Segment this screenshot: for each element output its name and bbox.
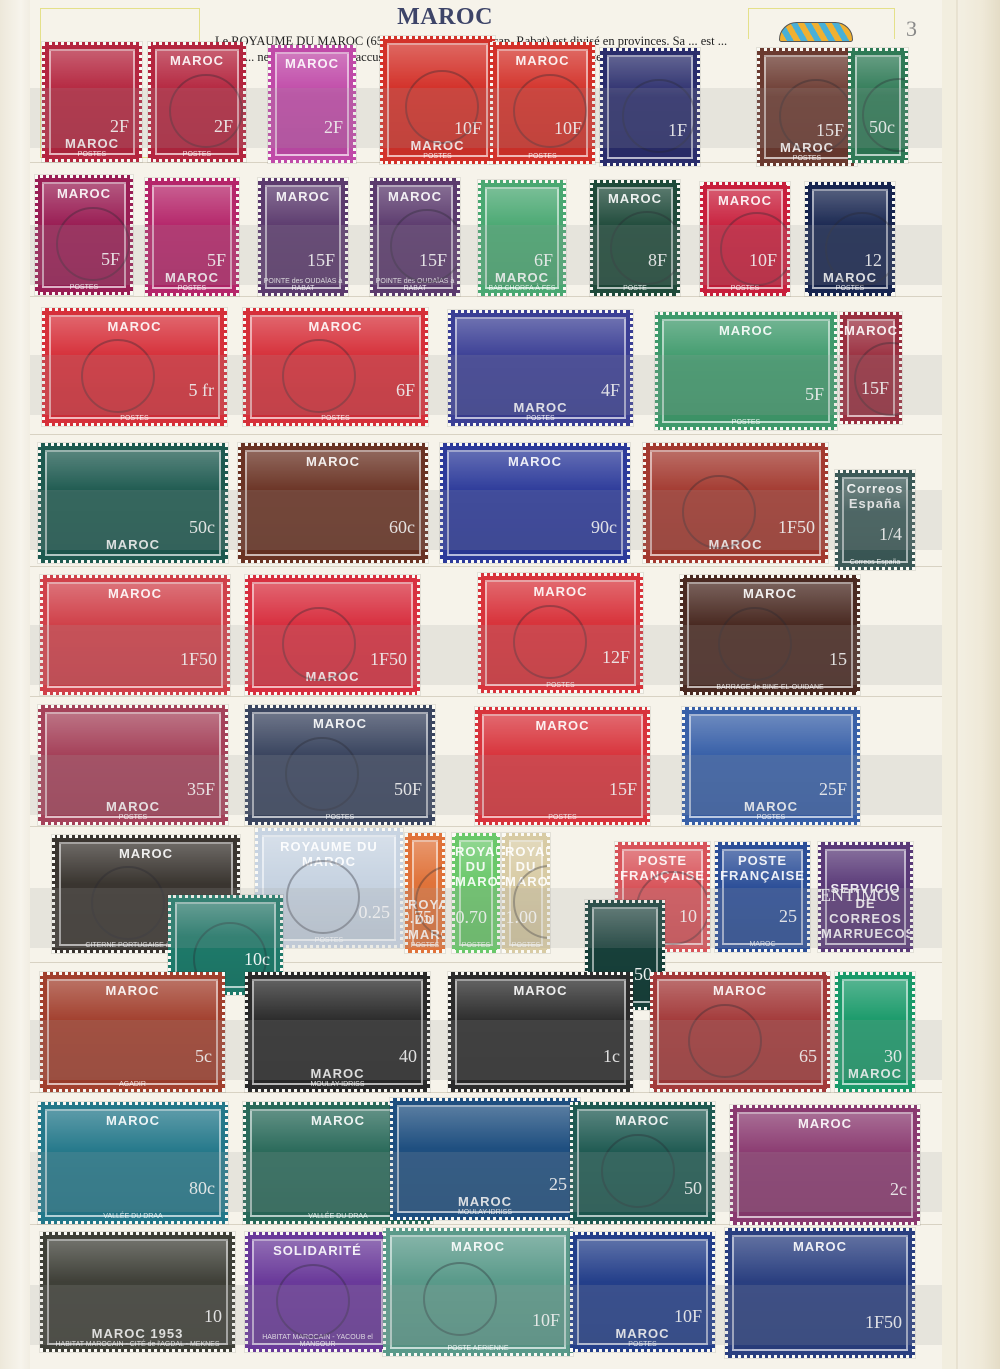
stamp: MAROC10FPOSTES bbox=[700, 182, 790, 296]
postmark-cancel-icon bbox=[688, 1004, 762, 1078]
stamp: MAROC5 frPOSTES bbox=[42, 308, 227, 426]
stamp-country: MAROC bbox=[261, 189, 345, 204]
stamp: MAROC50 bbox=[570, 1102, 715, 1224]
stamp-country: MAROC bbox=[843, 323, 899, 338]
stamp: MAROC10FPOSTES bbox=[490, 42, 595, 164]
postmark-cancel-icon bbox=[601, 1134, 675, 1208]
stamp-denomination: 30 bbox=[884, 1046, 902, 1067]
stamp: MAROC2FPOSTES bbox=[148, 42, 246, 162]
stamp-caption: BAB CHORFA À FES bbox=[481, 285, 563, 292]
stamp-country: MAROC bbox=[386, 1239, 570, 1254]
postmark-cancel-icon bbox=[285, 737, 359, 811]
stamp: MAROC6FPOSTES bbox=[243, 308, 428, 426]
stamp: SERVICIO DE CORREOS MARRUECOS5 CENTIMOS … bbox=[818, 842, 913, 952]
stamp-caption: POSTES bbox=[493, 153, 592, 160]
postmark-cancel-icon bbox=[390, 209, 460, 283]
stamp-denomination: 35F bbox=[187, 779, 215, 800]
stamp: MAROC12POSTES bbox=[805, 182, 895, 296]
stamp: MAROC2F bbox=[268, 45, 356, 163]
stamp-denomination: 5F bbox=[805, 384, 824, 405]
stamp-country: MAROC bbox=[838, 1066, 912, 1081]
stamp-denomination: 25 bbox=[779, 906, 797, 927]
stamp-denomination: 15F bbox=[609, 779, 637, 800]
stamp: SOLIDARITÉHABITAT MAROCAIN - YACOUB el M… bbox=[245, 1232, 390, 1352]
stamp-denomination: 5 fr bbox=[189, 380, 215, 401]
stamp-caption: POSTES bbox=[703, 285, 787, 292]
stamp: MAROC1c bbox=[448, 972, 633, 1092]
stamp-caption: MOULAY-IDRISS bbox=[393, 1209, 577, 1216]
stamp-caption: POSTES bbox=[451, 415, 630, 422]
stamp-country: Correos España bbox=[838, 481, 912, 511]
stamp: MAROC25MOULAY-IDRISS bbox=[390, 1098, 580, 1220]
stamp-denomination: 5F bbox=[207, 250, 226, 271]
stamp-country: MAROC bbox=[658, 323, 834, 338]
postmark-cancel-icon bbox=[56, 207, 130, 281]
stamp: MAROC65 bbox=[650, 972, 830, 1092]
stamp-denomination: 15 bbox=[829, 649, 847, 670]
stamp-caption: BARRAGE de BINE-EL-OUIDANE bbox=[683, 684, 857, 691]
stamp: MAROC12FPOSTES bbox=[478, 573, 643, 693]
album-page-edge bbox=[942, 0, 1000, 1369]
stamp: Correos España1/4Correos España bbox=[835, 470, 915, 570]
stamp-country: MAROC bbox=[248, 1066, 427, 1081]
stamp-caption: POSTES bbox=[148, 285, 236, 292]
stamp-country: MAROC bbox=[573, 1326, 712, 1341]
stamp: MAROC2c bbox=[730, 1105, 920, 1225]
postmark-cancel-icon bbox=[423, 1262, 497, 1336]
stamp-caption: POSTES bbox=[151, 151, 243, 158]
stamp: MAROC10FPOSTES bbox=[380, 36, 495, 164]
stamp-country: MAROC bbox=[41, 1113, 225, 1128]
stamp-country: MAROC bbox=[683, 586, 857, 601]
postmark-cancel-icon bbox=[405, 70, 479, 144]
stamp-denomination: 10 bbox=[204, 1306, 222, 1327]
stamp-caption: HABITAT MAROCAIN - CITÉ de l'AGDAL - MEK… bbox=[43, 1341, 232, 1348]
stamp-country: MAROC bbox=[148, 270, 236, 285]
stamp-country: MAROC bbox=[45, 136, 139, 151]
stamp: ROYAUME DU MAROC0.75POSTES bbox=[405, 833, 445, 953]
stamp: MAROC15BARRAGE de BINE-EL-OUIDANE bbox=[680, 575, 860, 695]
stamp: MAROC1F50 bbox=[245, 575, 420, 695]
stamp: MAROC15FPOINTE des OUDAÏAS à RABAT bbox=[258, 178, 348, 296]
postmark-cancel-icon bbox=[513, 605, 587, 679]
stamp-denomination: 1F50 bbox=[778, 517, 815, 538]
stamp-country: MAROC bbox=[248, 716, 432, 731]
album-binding bbox=[0, 0, 30, 1369]
stamp-denomination: 5 CENTIMOS 5 bbox=[818, 864, 900, 927]
postmark-cancel-icon bbox=[276, 1264, 350, 1338]
stamp-caption: MOULAY-IDRISS bbox=[248, 1081, 427, 1088]
stamp-country: MAROC bbox=[246, 319, 425, 334]
postmark-cancel-icon bbox=[610, 211, 680, 285]
stamp-denomination: 5c bbox=[195, 1046, 212, 1067]
stamp-country: MAROC bbox=[451, 983, 630, 998]
stamp-denomination: 90c bbox=[591, 517, 617, 538]
page-number: 3 bbox=[906, 16, 917, 42]
stamp-caption: POSTES bbox=[808, 285, 892, 292]
stamp-caption: POSTES bbox=[481, 682, 640, 689]
stamp-country: MAROC bbox=[41, 537, 225, 552]
stamp-caption: POSTE bbox=[593, 285, 677, 292]
stamp-country: MAROC bbox=[443, 454, 627, 469]
stamp-caption: MAROC bbox=[718, 941, 807, 948]
stamp: MAROC1F50 bbox=[643, 443, 828, 563]
stamp-denomination: 0.25 bbox=[359, 902, 391, 923]
stamp-country: MAROC bbox=[593, 191, 677, 206]
stamp: 1F bbox=[600, 48, 700, 166]
stamp-denomination: 1F50 bbox=[370, 649, 407, 670]
postmark-cancel-icon bbox=[622, 79, 696, 153]
stamp-caption: POSTES bbox=[685, 814, 857, 821]
stamp-caption: POSTES bbox=[383, 153, 492, 160]
stamp-caption: POSTES bbox=[760, 155, 854, 162]
stamp-country: MAROC bbox=[478, 718, 647, 733]
stamp-country: MAROC bbox=[373, 189, 457, 204]
stamp-caption: POSTES bbox=[38, 284, 130, 291]
stamp-denomination: 1/4 bbox=[879, 524, 902, 545]
stamp-caption: VALLÉE DU DRAA bbox=[41, 1213, 225, 1220]
stamp-caption: POSTES bbox=[478, 814, 647, 821]
stamp-country: ROYAUME DU MAROC bbox=[455, 844, 497, 889]
stamp-denomination: 50c bbox=[189, 517, 215, 538]
stamp-caption: POSTES bbox=[658, 419, 834, 426]
stamp-country: MAROC bbox=[653, 983, 827, 998]
stamp-country: SOLIDARITÉ bbox=[248, 1243, 387, 1258]
stamp: MAROC10FPOSTES bbox=[570, 1232, 715, 1352]
stamp-country: MAROC bbox=[43, 983, 222, 998]
stamp-denomination: 1c bbox=[603, 1046, 620, 1067]
stamp-country: MAROC bbox=[151, 53, 243, 68]
stamp-caption: POSTES bbox=[41, 814, 225, 821]
stamp-denomination: 80c bbox=[189, 1178, 215, 1199]
stamp-denomination: 10F bbox=[532, 1310, 560, 1331]
postmark-cancel-icon bbox=[720, 212, 790, 286]
stamp: MAROC60c bbox=[238, 443, 428, 563]
stamp-denomination: 6F bbox=[534, 250, 553, 271]
stock-strip-line bbox=[30, 696, 942, 697]
stamp-country: MAROC bbox=[45, 319, 224, 334]
stamp-caption: POSTES bbox=[408, 942, 442, 949]
stamp-country: MAROC bbox=[481, 584, 640, 599]
stamp: MAROC5FPOSTES bbox=[145, 178, 239, 296]
stamp: MAROC 195310HABITAT MAROCAIN - CITÉ de l… bbox=[40, 1232, 235, 1352]
stamp-country: POSTE FRANÇAISE bbox=[718, 853, 807, 883]
stock-strip-line bbox=[30, 434, 942, 435]
stamp: 50c bbox=[848, 48, 908, 163]
stamp-caption: POSTES bbox=[246, 415, 425, 422]
stamp: MAROC5FPOSTES bbox=[35, 175, 133, 295]
stamp-denomination: 4F bbox=[601, 380, 620, 401]
stamp-country: MAROC bbox=[493, 53, 592, 68]
stamp-caption: POINTE des OUDAÏAS à RABAT bbox=[261, 278, 345, 292]
stamp: MAROC1F50 bbox=[40, 575, 230, 695]
stamp: MAROC50FPOSTES bbox=[245, 705, 435, 825]
postmark-cancel-icon bbox=[282, 339, 356, 413]
stamp-denomination: 1F50 bbox=[865, 1312, 902, 1333]
stamp-denomination: 1F50 bbox=[180, 649, 217, 670]
stamp-caption: POSTES bbox=[573, 1341, 712, 1348]
stamp-country: MAROC bbox=[393, 1194, 577, 1209]
postmark-cancel-icon bbox=[779, 79, 853, 153]
stamp-country: MAROC bbox=[41, 799, 225, 814]
stock-strip-line bbox=[30, 566, 942, 567]
stock-strip-line bbox=[30, 962, 942, 963]
stamp: POSTE FRANÇAISE25MAROC bbox=[715, 842, 810, 952]
stamp-denomination: 2F bbox=[324, 117, 343, 138]
stamp-denomination: 50F bbox=[394, 779, 422, 800]
stock-strip-line bbox=[30, 1092, 942, 1093]
stamp-country: MAROC bbox=[573, 1113, 712, 1128]
stamp: MAROC35FPOSTES bbox=[38, 705, 228, 825]
stamp-denomination: 0.70 bbox=[456, 907, 488, 928]
stamp: MAROC50c bbox=[38, 443, 228, 563]
postmark-cancel-icon bbox=[825, 212, 895, 286]
stamp: MAROC15FPOSTES bbox=[757, 48, 857, 166]
stamp-country: MAROC bbox=[271, 56, 353, 71]
stamp-caption: POSTES bbox=[455, 942, 497, 949]
postmark-cancel-icon bbox=[682, 475, 756, 549]
stamp: MAROC15FPOINTE des OUDAÏAS à RABAT bbox=[370, 178, 460, 296]
stamp-country: MAROC bbox=[703, 193, 787, 208]
stamp-caption: POSTES bbox=[45, 415, 224, 422]
stamp: MAROC1F50 bbox=[725, 1228, 915, 1358]
stamp: MAROC25FPOSTES bbox=[682, 707, 860, 825]
stamp: MAROC5FPOSTES bbox=[655, 312, 837, 430]
stamp: MAROC90c bbox=[440, 443, 630, 563]
stamp: MAROC15F bbox=[840, 312, 902, 424]
postmark-cancel-icon bbox=[286, 860, 360, 934]
stamp-denomination: 15F bbox=[307, 250, 335, 271]
stamp-country: MAROC bbox=[685, 799, 857, 814]
stamp-caption: POSTE AERIENNE bbox=[386, 1345, 570, 1352]
stamp-country: MAROC bbox=[481, 270, 563, 285]
stamp-denomination: 12F bbox=[602, 647, 630, 668]
stamp-denomination: 60c bbox=[389, 517, 415, 538]
postmark-cancel-icon bbox=[169, 74, 243, 148]
stamp-caption: POSTES bbox=[248, 814, 432, 821]
stamp: MAROC15FPOSTES bbox=[475, 707, 650, 825]
stamp-country: MAROC bbox=[241, 454, 425, 469]
stamp: MAROC30 bbox=[835, 972, 915, 1092]
stamp: MAROC6FBAB CHORFA À FES bbox=[478, 180, 566, 296]
stamp-country: MAROC bbox=[728, 1239, 912, 1254]
page-title: MAROC bbox=[0, 4, 890, 31]
stock-strip-line bbox=[30, 826, 942, 827]
stamp-denomination: 2c bbox=[890, 1179, 907, 1200]
stamp-country: MAROC bbox=[451, 400, 630, 415]
postmark-cancel-icon bbox=[91, 866, 165, 940]
stamp-country: MAROC bbox=[55, 846, 237, 861]
stamp-denomination: 6F bbox=[396, 380, 415, 401]
stamp-caption: POSTES bbox=[45, 151, 139, 158]
postmark-cancel-icon bbox=[718, 607, 792, 681]
stamp: ROYAUME DU MAROC0.70POSTES bbox=[452, 833, 500, 953]
stamp-denomination: 50 bbox=[684, 1178, 702, 1199]
stamp-country: MAROC bbox=[38, 186, 130, 201]
stamp-country: MAROC bbox=[733, 1116, 917, 1131]
stamp-denomination: 2F bbox=[110, 116, 129, 137]
stamp-denomination: 10F bbox=[674, 1306, 702, 1327]
stamp: MAROC2FPOSTES bbox=[42, 42, 142, 162]
stamp: MAROC4FPOSTES bbox=[448, 310, 633, 426]
stamp: MAROC10FPOSTE AERIENNE bbox=[383, 1228, 573, 1356]
stamp: MAROC40MOULAY-IDRISS bbox=[245, 972, 430, 1092]
stamp: MAROC5cAGADIR bbox=[40, 972, 225, 1092]
stamp-country: MAROC bbox=[43, 586, 227, 601]
stamp-denomination: 25F bbox=[819, 779, 847, 800]
stamp-caption: POSTES bbox=[505, 942, 547, 949]
stamp: MAROC80cVALLÉE DU DRAA bbox=[38, 1102, 228, 1224]
stock-strip-line bbox=[30, 296, 942, 297]
stamp: MAROC8FPOSTE bbox=[590, 180, 680, 296]
postmark-cancel-icon bbox=[81, 339, 155, 413]
stamp-denomination: 25 bbox=[549, 1174, 567, 1195]
stamp-country: MAROC 1953 bbox=[43, 1326, 232, 1341]
stamp-denomination: 40 bbox=[399, 1046, 417, 1067]
stamp-caption: Correos España bbox=[838, 559, 912, 566]
postmark-cancel-icon bbox=[513, 74, 587, 148]
postmark-cancel-icon bbox=[282, 607, 356, 681]
stamp-denomination: 65 bbox=[799, 1046, 817, 1067]
stamp-caption: AGADIR bbox=[43, 1081, 222, 1088]
stamp: ROYAUME DU MAROC1.00POSTES bbox=[502, 833, 550, 953]
